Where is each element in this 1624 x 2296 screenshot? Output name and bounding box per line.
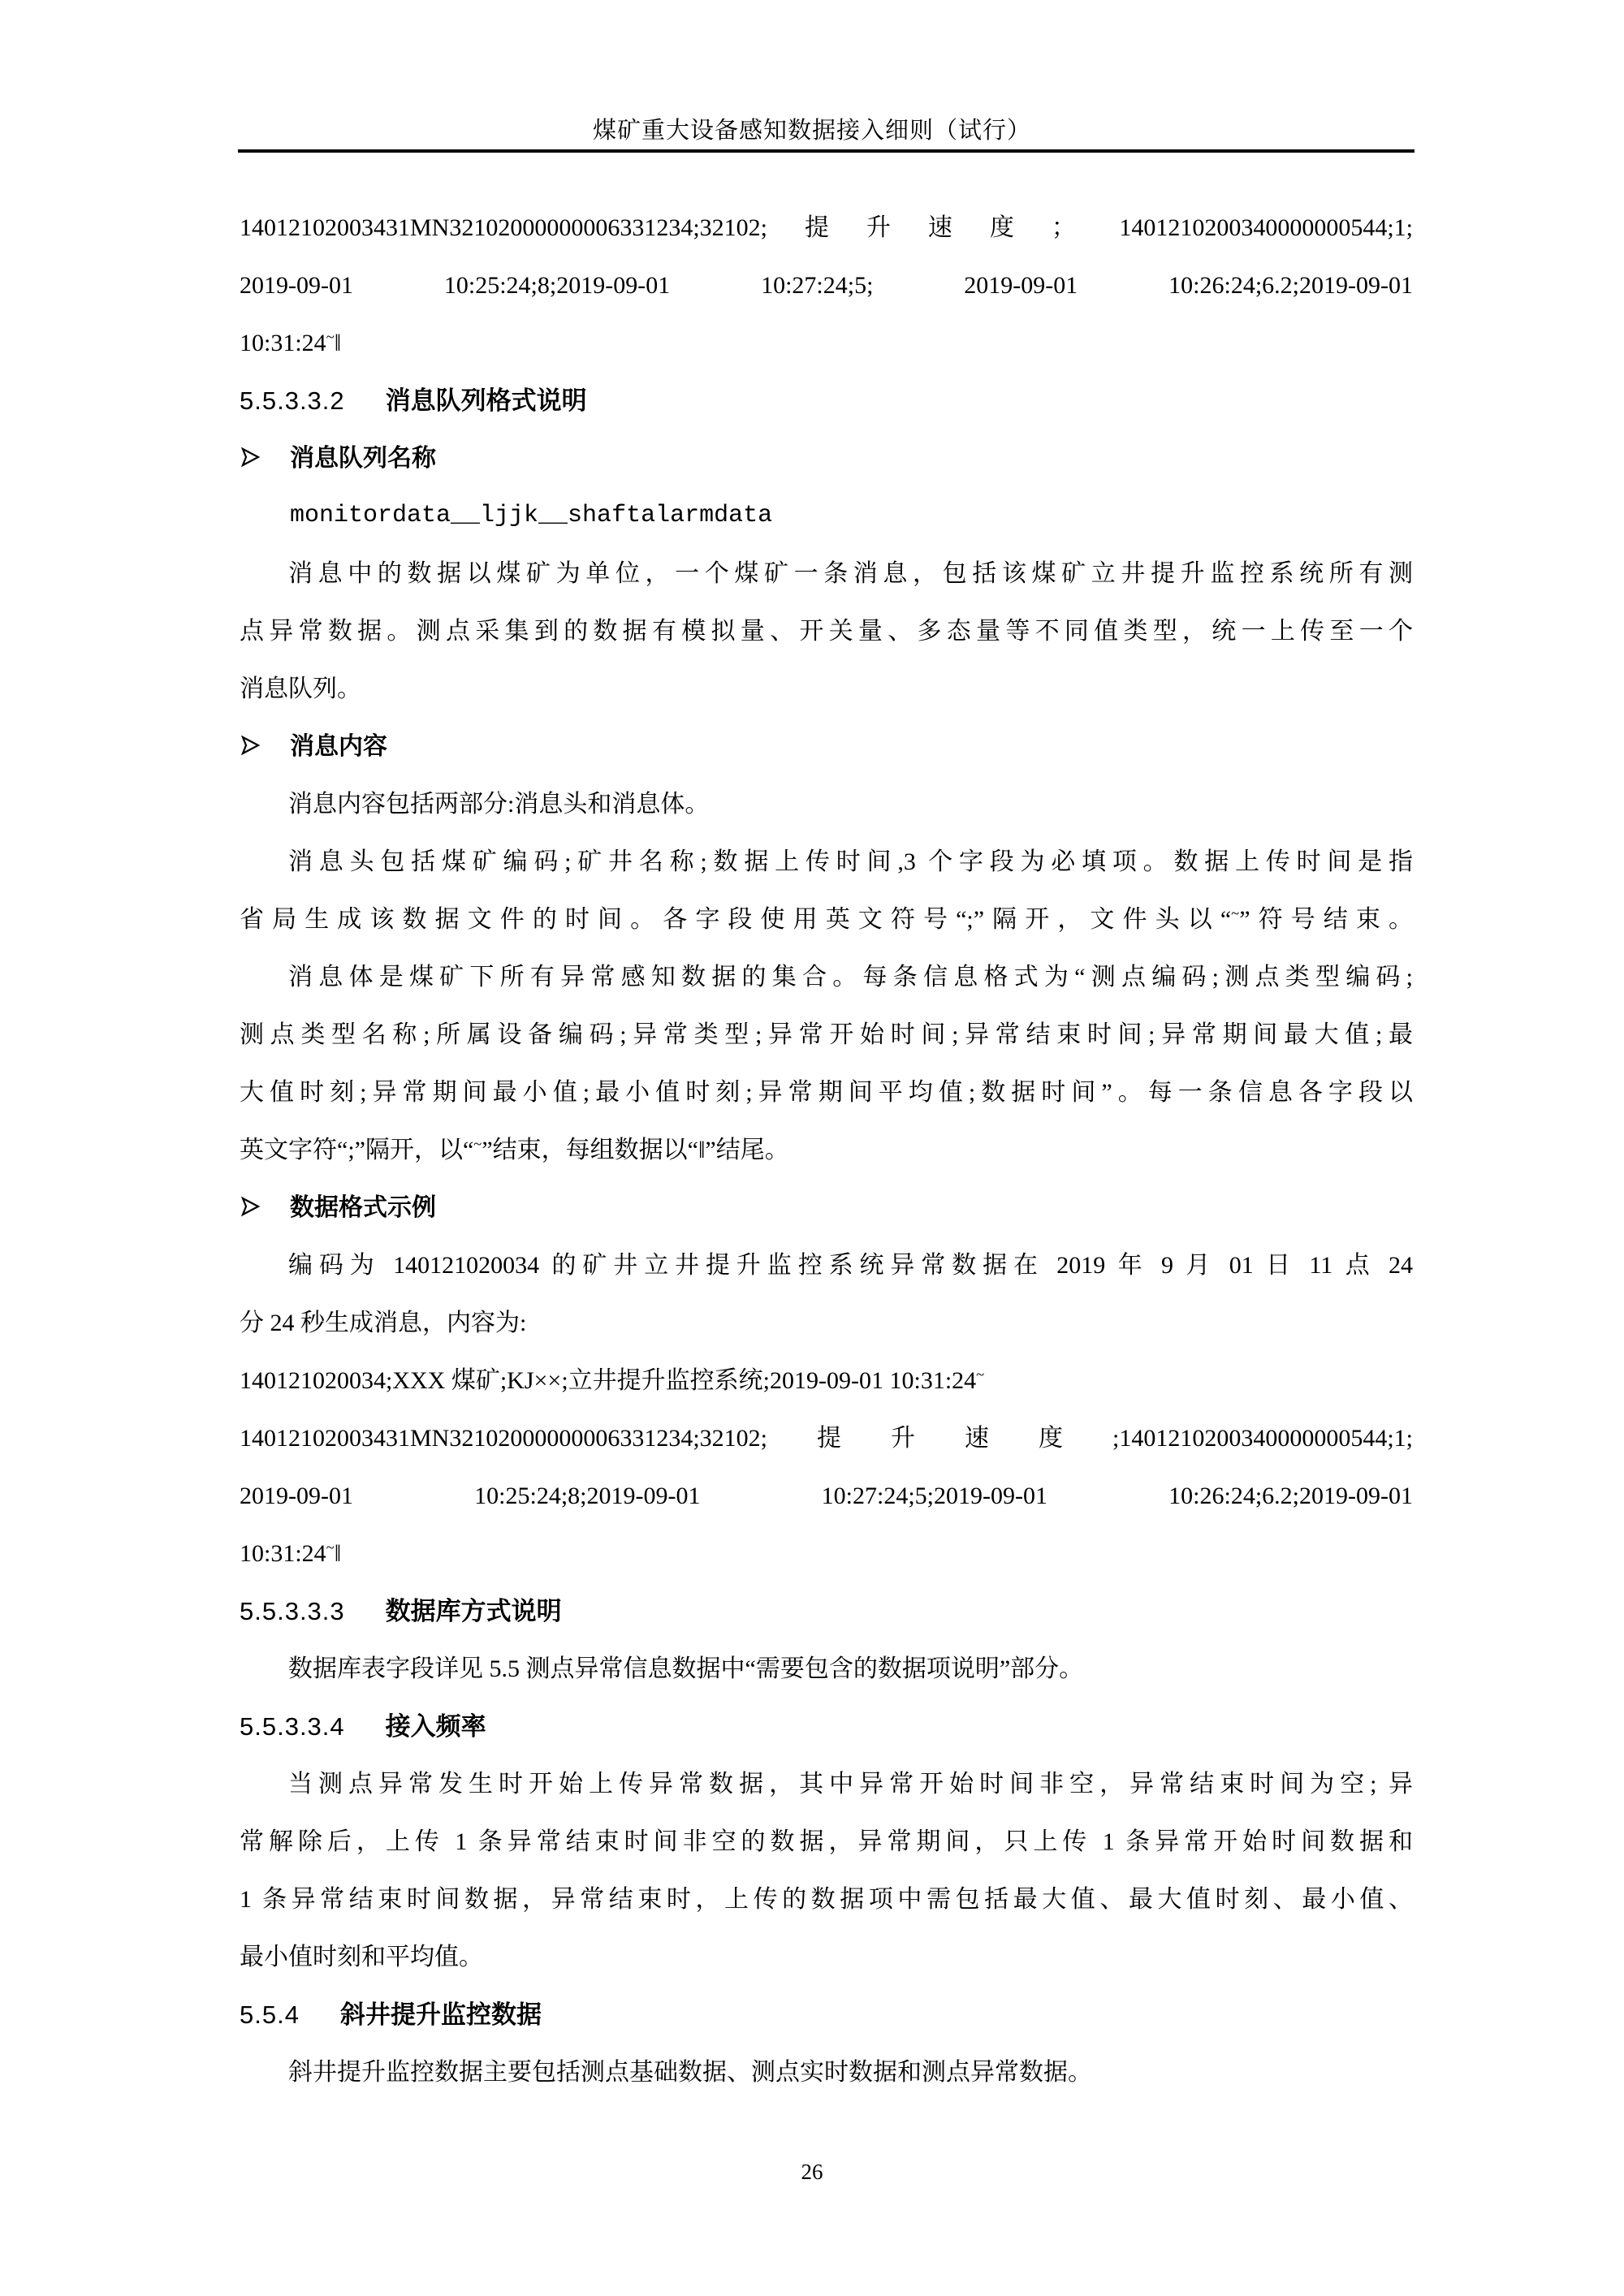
document-page: 煤矿重大设备感知数据接入细则（试行） 14012102003431MN32102… xyxy=(0,0,1624,2296)
text-line: 消息体是煤矿下所有异常感知数据的集合。每条信息格式为“测点编码;测点类型编码; xyxy=(240,948,1413,1006)
arrow-bullet-icon xyxy=(240,1180,261,1202)
text-line: 消息队列。 xyxy=(240,660,1413,718)
document-body: 14012102003431MN32102000000006331234;321… xyxy=(240,199,1413,2101)
heading-number: 5.5.4 xyxy=(240,2000,300,2029)
text-line: 编码为 140121020034 的矿井立井提升监控系统异常数据在 2019 年… xyxy=(240,1236,1413,1294)
text-line: 常解除后，上传 1 条异常结束时间非空的数据，异常期间，只上传 1 条异常开始时… xyxy=(240,1813,1413,1871)
list-item: 消息队列名称 xyxy=(240,429,1413,487)
text-line: 英文字符“;”隔开，以“~”结束，每组数据以“‖”结尾。 xyxy=(240,1121,1413,1179)
heading-number: 5.5.3.3.4 xyxy=(240,1712,345,1741)
text-line: 最小值时刻和平均值。 xyxy=(240,1928,1413,1986)
text-line: 10:31:24~‖ xyxy=(240,314,1413,372)
text-line: 2019-09-01 10:25:24;8;2019-09-01 10:27:2… xyxy=(240,257,1413,314)
page-header-title: 煤矿重大设备感知数据接入细则（试行） xyxy=(0,114,1624,147)
text-line: 测点类型名称;所属设备编码;异常类型;异常开始时间;异常结束时间;异常期间最大值… xyxy=(240,1006,1413,1064)
text-line: 14012102003431MN32102000000006331234;321… xyxy=(240,1409,1413,1467)
text-line: 2019-09-01 10:25:24;8;2019-09-01 10:27:2… xyxy=(240,1467,1413,1525)
text-line: 省局生成该数据文件的时间。各字段使用英文符号“;”隔开，文件头以“~”符号结束。 xyxy=(240,891,1413,948)
text-line: 当测点异常发生时开始上传异常数据，其中异常开始时间非空，异常结束时间为空; 异 xyxy=(240,1755,1413,1813)
text-line: 斜井提升监控数据主要包括测点基础数据、测点实时数据和测点异常数据。 xyxy=(240,2044,1413,2101)
text-line: 10:31:24~‖ xyxy=(240,1525,1413,1582)
arrow-bullet-icon xyxy=(240,431,261,452)
text-line: 1 条异常结束时间数据，异常结束时，上传的数据项中需包括最大值、最大值时刻、最小… xyxy=(240,1871,1413,1928)
heading-title: 消息队列格式说明 xyxy=(386,386,587,415)
text-line: 大值时刻;异常期间最小值;最小值时刻;异常期间平均值;数据时间”。每一条信息各字… xyxy=(240,1064,1413,1121)
bullet-label: 数据格式示例 xyxy=(290,1194,436,1221)
bullet-label: 消息队列名称 xyxy=(290,445,436,472)
section-heading: 5.5.3.3.2消息队列格式说明 xyxy=(240,372,1413,429)
heading-title: 斜井提升监控数据 xyxy=(340,2000,542,2029)
heading-title: 数据库方式说明 xyxy=(386,1597,562,1625)
text-line: 数据库表字段详见 5.5 测点异常信息数据中“需要包含的数据项说明”部分。 xyxy=(240,1640,1413,1698)
bullet-label: 消息内容 xyxy=(290,733,387,760)
list-item: 消息内容 xyxy=(240,718,1413,775)
section-heading: 5.5.4斜井提升监控数据 xyxy=(240,1986,1413,2044)
text-line: 分 24 秒生成消息，内容为: xyxy=(240,1294,1413,1352)
text-line: 消息内容包括两部分:消息头和消息体。 xyxy=(240,775,1413,833)
list-item: 数据格式示例 xyxy=(240,1179,1413,1236)
heading-title: 接入频率 xyxy=(386,1712,486,1741)
message-header-line: 140121020034;XXX 煤矿;KJ××;立井提升监控系统;2019-0… xyxy=(240,1352,1413,1409)
section-heading: 5.5.3.3.4接入频率 xyxy=(240,1698,1413,1755)
heading-number: 5.5.3.3.2 xyxy=(240,386,345,415)
section-heading: 5.5.3.3.3数据库方式说明 xyxy=(240,1582,1413,1640)
page-number: 26 xyxy=(0,2156,1624,2188)
arrow-bullet-icon xyxy=(240,719,261,740)
text-line: 消息头包括煤矿编码;矿井名称;数据上传时间,3 个字段为必填项。数据上传时间是指 xyxy=(240,833,1413,891)
text-line: 消息中的数据以煤矿为单位，一个煤矿一条消息，包括该煤矿立井提升监控系统所有测 xyxy=(240,545,1413,602)
text-line: 点异常数据。测点采集到的数据有模拟量、开关量、多态量等不同值类型，统一上传至一个 xyxy=(240,602,1413,660)
header-divider xyxy=(238,149,1415,153)
text-line: 14012102003431MN32102000000006331234;321… xyxy=(240,199,1413,257)
heading-number: 5.5.3.3.3 xyxy=(240,1597,345,1625)
queue-name-line: monitordata__ljjk__shaftalarmdata xyxy=(240,487,1413,545)
